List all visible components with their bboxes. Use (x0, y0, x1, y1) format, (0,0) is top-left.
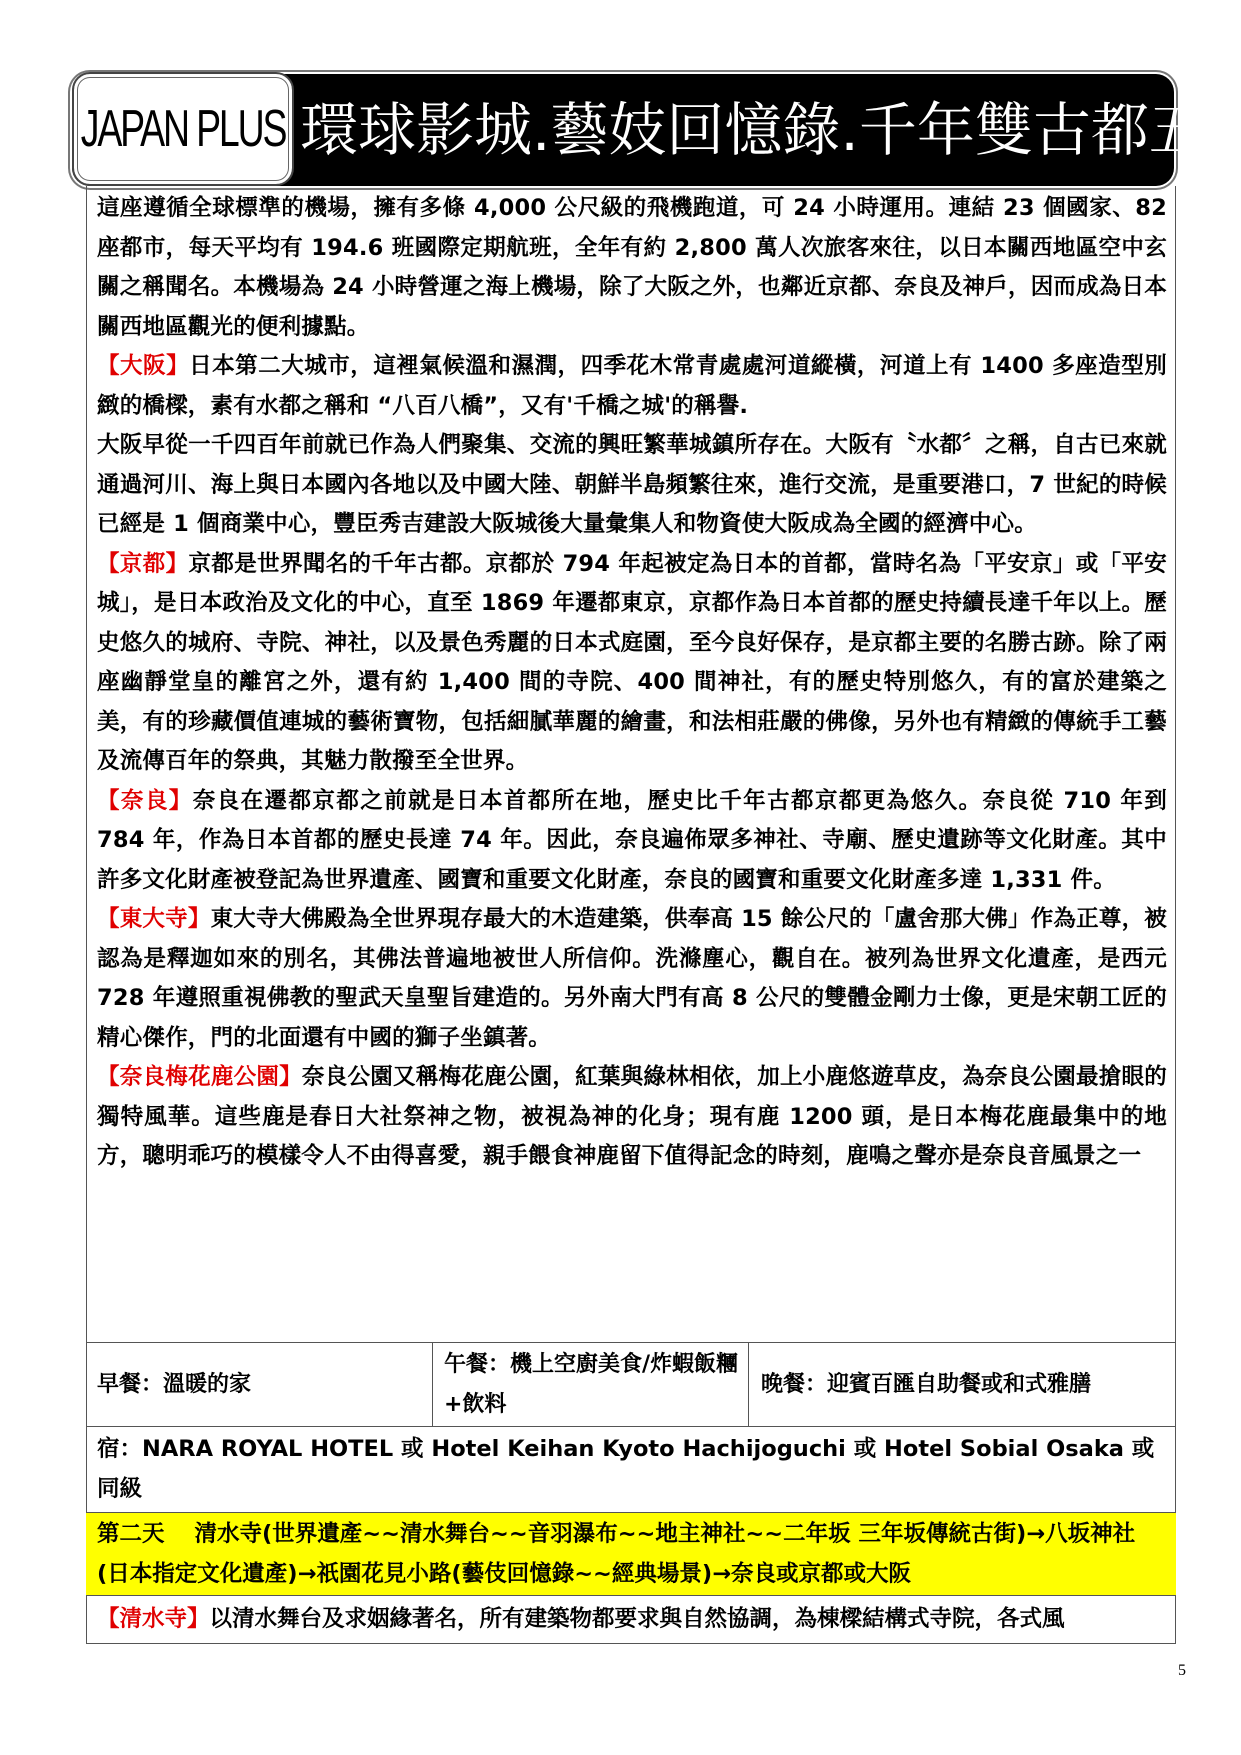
meal-breakfast: 早餐：溫暖的家 (86, 1343, 433, 1426)
paragraph-text: 以清水舞台及求姻緣著名，所有建築物都要求與自然協調，為棟樑結構式寺院，各式風 (210, 1606, 1065, 1632)
itinerary-text: 清水寺(世界遺產~~清水舞台~~音羽瀑布~~地主神社~~二年坂 三年坂傳統古街)… (97, 1521, 1135, 1587)
section-tag-nara: 【奈良】 (97, 788, 193, 814)
paragraph-text: 奈良在遷都京都之前就是日本首都所在地，歷史比千年古都京都更為悠久。奈良從 710… (97, 788, 1167, 893)
paragraph-text: 東大寺大佛殿為全世界現存最大的木造建築，供奉高 15 餘公尺的「盧舍那大佛」作為… (97, 906, 1167, 1051)
paragraph-text: 這座遵循全球標準的機場，擁有多條 4,000 公尺級的飛機跑道，可 24 小時運… (97, 195, 1167, 340)
paragraph-osaka: 【大阪】日本第二大城市，這裡氣候溫和濕潤，四季花木常青處處河道縱橫，河道上有 1… (97, 347, 1167, 426)
section-tag-todaiji: 【東大寺】 (97, 906, 211, 932)
content-body: 這座遵循全球標準的機場，擁有多條 4,000 公尺級的飛機跑道，可 24 小時運… (97, 189, 1167, 1177)
hotel-info: 宿：NARA ROYAL HOTEL 或 Hotel Keihan Kyoto … (86, 1426, 1176, 1514)
paragraph-text: 京都是世界聞名的千年古都。京都於 794 年起被定為日本的首都，當時名為「平安京… (97, 551, 1167, 775)
section-tag-osaka: 【大阪】 (97, 353, 189, 379)
brand-logo: JAPAN PLUS (81, 99, 286, 159)
page-number: 5 (1178, 1662, 1186, 1680)
section-tag-kiyomizu: 【清水寺】 (97, 1606, 210, 1632)
paragraph-kiyomizu: 【清水寺】以清水舞台及求姻緣著名，所有建築物都要求與自然協調，為棟樑結構式寺院，… (86, 1596, 1176, 1644)
paragraph-text: 大阪早從一千四百年前就已作為人們聚集、交流的興旺繁華城鎮所存在。大阪有〝水都〞之… (97, 432, 1167, 537)
meal-dinner: 晚餐：迎賓百匯自助餐或和式雅膳 (749, 1343, 1176, 1426)
paragraph-nara: 【奈良】奈良在遷都京都之前就是日本首都所在地，歷史比千年古都京都更為悠久。奈良從… (97, 782, 1167, 901)
meal-lunch: 午餐：機上空廚美食/炸蝦飯糰+飲料 (433, 1343, 749, 1426)
paragraph-airport: 這座遵循全球標準的機場，擁有多條 4,000 公尺級的飛機跑道，可 24 小時運… (97, 189, 1167, 347)
meals-table: 早餐：溫暖的家 午餐：機上空廚美食/炸蝦飯糰+飲料 晚餐：迎賓百匯自助餐或和式雅… (86, 1342, 1176, 1426)
section-tag-nara-park: 【奈良梅花鹿公園】 (97, 1064, 302, 1090)
section-tag-kyoto: 【京都】 (97, 551, 188, 577)
page-title: 環球影城.藝妓回憶錄.千年雙古都五日 (300, 78, 1170, 182)
paragraph-nara-park: 【奈良梅花鹿公園】奈良公園又稱梅花鹿公園，紅葉與綠林相依，加上小鹿悠遊草皮，為奈… (97, 1058, 1167, 1177)
paragraph-text: 日本第二大城市，這裡氣候溫和濕潤，四季花木常青處處河道縱橫，河道上有 1400 … (97, 353, 1167, 419)
brand-logo-box: JAPAN PLUS (72, 72, 294, 186)
day-two-itinerary: 第二天清水寺(世界遺產~~清水舞台~~音羽瀑布~~地主神社~~二年坂 三年坂傳統… (86, 1512, 1176, 1596)
paragraph-osaka-history: 大阪早從一千四百年前就已作為人們聚集、交流的興旺繁華城鎮所存在。大阪有〝水都〞之… (97, 426, 1167, 545)
day-label: 第二天 (97, 1521, 165, 1547)
paragraph-todaiji: 【東大寺】東大寺大佛殿為全世界現存最大的木造建築，供奉高 15 餘公尺的「盧舍那… (97, 900, 1167, 1058)
paragraph-kyoto: 【京都】京都是世界聞名的千年古都。京都於 794 年起被定為日本的首都，當時名為… (97, 545, 1167, 782)
